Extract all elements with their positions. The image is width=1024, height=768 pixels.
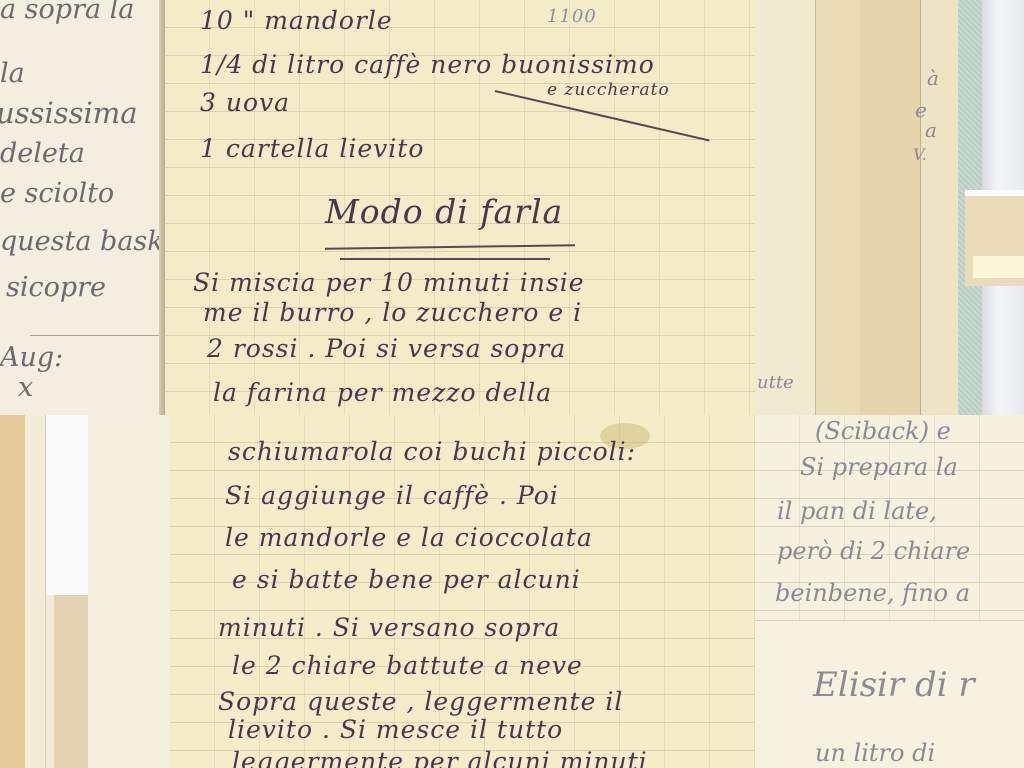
page-strip — [815, 0, 862, 415]
handwritten-line: deleta — [0, 138, 85, 169]
recipe-title: Elisir di r — [813, 665, 975, 705]
white-gap — [46, 415, 88, 595]
left-page-fragment: a sopra la la ussissima deleta e sciolto… — [0, 0, 165, 415]
ingredient-line: 10 " mandorle — [200, 6, 393, 35]
page-strip — [755, 0, 815, 415]
method-line: Si miscia per 10 minuti insie — [193, 268, 585, 297]
method-line: la farina per mezzo della — [213, 378, 552, 407]
page-strip — [920, 0, 959, 415]
page-strip — [0, 415, 25, 768]
margin-letter: V. — [913, 145, 927, 164]
handwritten-mark: x — [18, 372, 33, 403]
page-strip — [25, 415, 46, 768]
ingredient-line: 1 cartella lievito — [200, 134, 424, 163]
method-line: 2 rossi . Poi si versa sopra — [207, 334, 566, 363]
section-title: Modo di farla — [325, 192, 563, 231]
lower-page-section: Elisir di r un litro di — [755, 620, 1024, 768]
divider-line — [30, 335, 160, 336]
method-line: schiumarola coi buchi piccoli: — [228, 437, 636, 466]
handwritten-line: un litro di — [815, 739, 935, 767]
torn-page-strip — [860, 0, 920, 415]
method-line: leggermente per alcuni minuti — [232, 747, 648, 768]
method-line: Sopra queste , leggermente il — [218, 687, 623, 716]
method-line: le 2 chiare battute a neve — [232, 651, 583, 680]
handwritten-line: questa bask — [0, 226, 164, 257]
handwritten-signature: Aug: — [0, 342, 63, 373]
page-strip — [54, 595, 88, 768]
method-line: Si aggiunge il caffè . Poi — [225, 481, 559, 510]
method-line: me il burro , lo zucchero e i — [203, 298, 582, 327]
method-line: le mandorle e la cioccolata — [225, 523, 593, 552]
ingredient-line: 1/4 di litro caffè nero buonissimo — [200, 50, 655, 79]
inset-highlight — [973, 256, 1024, 278]
method-line: minuti . Si versano sopra — [218, 613, 560, 642]
title-underline — [325, 244, 575, 249]
handwritten-line: a sopra la — [0, 0, 134, 25]
margin-letter: à — [927, 66, 939, 90]
handwritten-line: sicopre — [6, 272, 106, 303]
insert-note: e zuccherato — [547, 80, 670, 100]
left-edge-strips — [0, 415, 170, 768]
handwritten-line: e sciolto — [0, 178, 114, 209]
handwritten-line: beinbene, fino a — [775, 579, 970, 607]
margin-letter: a — [925, 118, 937, 142]
handwritten-line: la — [0, 58, 25, 89]
handwritten-line: (Sciback) e — [815, 417, 951, 445]
recipe-page-top: 10 " mandorle 1100 1/4 di litro caffè ne… — [165, 0, 755, 415]
handwritten-line: il pan di late, — [777, 497, 937, 525]
blank-page — [88, 415, 170, 768]
handwritten-snippet: utte — [757, 372, 794, 393]
method-line: lievito . Si mesce il tutto — [228, 715, 563, 744]
recipe-page-right: (Sciback) e Si prepara la il pan di late… — [755, 415, 1024, 768]
page-edges-and-spine: à e a V. utte — [755, 0, 1024, 415]
ingredient-line: 3 uova — [200, 88, 290, 117]
recipe-page-bottom: schiumarola coi buchi piccoli: Si aggiun… — [170, 415, 755, 768]
handwritten-line: però di 2 chiare — [777, 537, 970, 565]
margin-annotation: 1100 — [547, 6, 597, 27]
handwritten-line: Si prepara la — [800, 453, 958, 481]
method-line: e si batte bene per alcuni — [232, 565, 581, 594]
title-underline — [340, 258, 550, 260]
handwritten-line: ussissima — [0, 96, 138, 130]
